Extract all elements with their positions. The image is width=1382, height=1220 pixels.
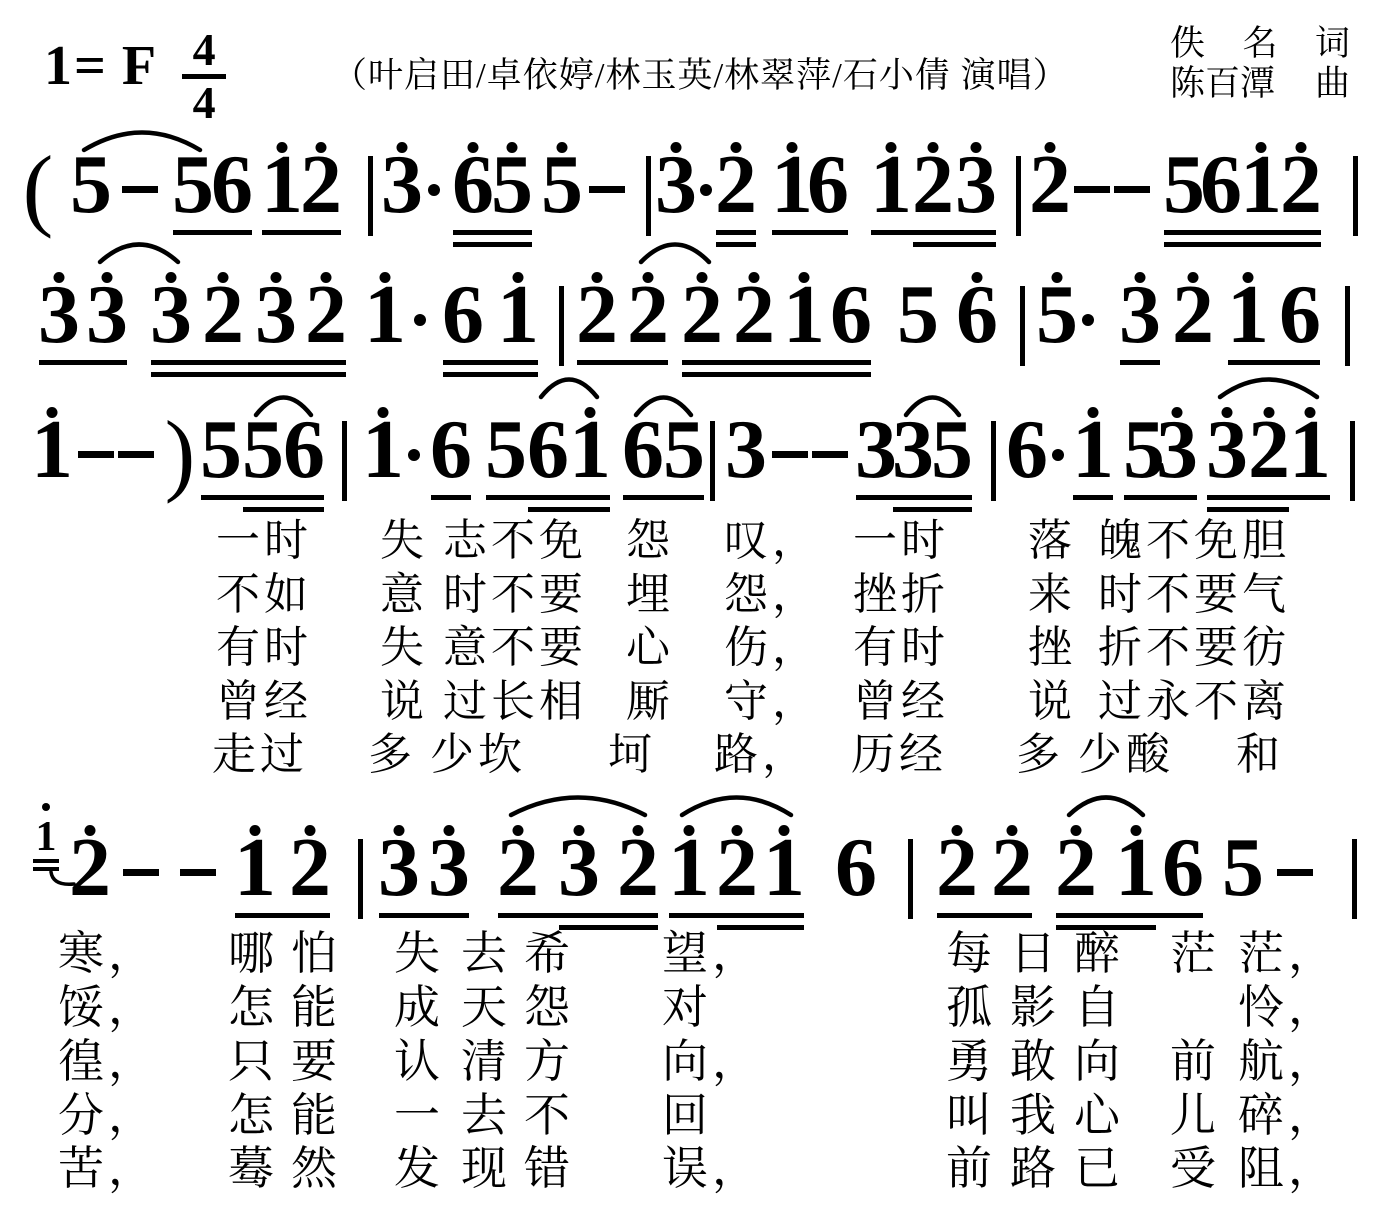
bar-line [1345, 286, 1350, 366]
augmentation-dot [414, 314, 426, 326]
note: 6 [1279, 273, 1321, 357]
note: 1 [261, 143, 303, 227]
octave-dot [592, 272, 603, 283]
bar-line [1016, 156, 1021, 236]
time-signature-numerator: 4 [193, 28, 216, 72]
credits: 佚名词陈百潭曲 [1170, 24, 1350, 104]
octave-dot [928, 142, 939, 153]
lyric-segment: 误， [662, 1143, 762, 1196]
note: 2 [936, 826, 978, 910]
note: 5 [242, 408, 284, 492]
music-line-2: 3332321612222165653216 [0, 0, 1382, 1220]
slur [903, 389, 962, 419]
sustain-dash [812, 451, 848, 458]
note: 2 [305, 273, 347, 357]
octave-dot [697, 272, 708, 283]
lyric-segment: 徨， [58, 1036, 158, 1089]
sustain-dash [122, 186, 158, 193]
bar-line [1020, 286, 1025, 366]
octave-dot [47, 407, 58, 418]
note: 2 [681, 273, 723, 357]
lyric-segment: 怕 [291, 928, 341, 981]
octave-dot [1172, 407, 1183, 418]
credits-row-1: 佚名词 [1170, 24, 1350, 64]
lyric-segment: 能 [291, 1090, 341, 1143]
beam [623, 495, 704, 500]
lyric-segment: 每 [946, 928, 996, 981]
lyric-segment: 自 [1074, 982, 1124, 1035]
octave-dot [1256, 142, 1267, 153]
beam [1124, 495, 1197, 500]
beam [871, 230, 996, 235]
time-signature: 4 4 [182, 28, 226, 125]
note: 2 [1029, 143, 1071, 227]
octave-dot [321, 272, 332, 283]
beam [1120, 360, 1160, 365]
lyric-segment: 坷 [608, 730, 656, 781]
lyrics-block-2: 寒，哪怕失去希望，每日醉茫茫，馁，怎能成天怨对孤影自怜，徨，只要认清方向，勇敢向… [0, 0, 1382, 1220]
lyric-segment: 折不要彷 [1098, 623, 1290, 674]
sustain-dash [78, 451, 114, 458]
beam [235, 913, 330, 918]
lyric-segment: 孤 [946, 982, 996, 1035]
octave-dot [102, 272, 113, 283]
lyric-segment: 只 [228, 1036, 278, 1089]
slur [1217, 371, 1320, 401]
lyric-segment: 一时 [853, 516, 949, 567]
lyric-segment: 认 [394, 1036, 444, 1089]
lyric-segment: 一 [394, 1090, 444, 1143]
beam [1164, 230, 1321, 235]
lyric-segment: 清 [461, 1036, 511, 1089]
lyric-segment: 有时 [216, 623, 312, 674]
lyric-segment: 魄不免胆 [1098, 516, 1290, 567]
beam [893, 507, 972, 512]
lyric-segment: 向 [1074, 1036, 1124, 1089]
beam [1164, 242, 1321, 247]
lyric-segment: 路 [1010, 1143, 1060, 1196]
lyric-segment: 一时 [216, 516, 312, 567]
octave-dot [787, 142, 798, 153]
octave-dot [378, 407, 389, 418]
beam [151, 372, 346, 377]
lyric-segment: 挫折 [853, 570, 949, 621]
music-line-1: (556123655321612325612 [0, 0, 1382, 1220]
sustain-dash [180, 869, 216, 876]
lyric-segment: 日 [1010, 928, 1060, 981]
lyric-segment: 发 [394, 1143, 444, 1196]
time-signature-denominator: 4 [193, 81, 216, 125]
lyric-segment: 叫 [946, 1090, 996, 1143]
key-label: 1= [44, 40, 108, 92]
lyric-segment: 我 [1010, 1090, 1060, 1143]
note: 6 [211, 143, 253, 227]
credits-text: 词 [1315, 24, 1350, 64]
slur [638, 236, 712, 266]
note: 5 [541, 143, 583, 227]
octave-dot [42, 803, 50, 811]
note: 5 [70, 143, 112, 227]
bar-line [1352, 839, 1357, 919]
octave-dot [971, 142, 982, 153]
note: 5 [931, 408, 973, 492]
sustain-dash [123, 869, 159, 876]
octave-dot [633, 825, 644, 836]
lyric-segment: 历经 [851, 730, 947, 781]
lyric-segment: 说 [1028, 677, 1076, 728]
beam [486, 495, 610, 500]
octave-dot [972, 272, 983, 283]
octave-dot [732, 825, 743, 836]
octave-dot [1045, 142, 1056, 153]
octave-dot [574, 825, 585, 836]
octave-dot [271, 272, 282, 283]
beam [772, 230, 848, 235]
octave-dot [54, 272, 65, 283]
beam [1228, 360, 1320, 365]
credits-row-2: 陈百潭曲 [1170, 64, 1350, 104]
lyric-segment: 错 [524, 1143, 574, 1196]
lyric-segment: 多 [368, 730, 416, 781]
octave-dot [1071, 825, 1082, 836]
lyric-segment: 埋 [626, 570, 674, 621]
augmentation-dot [1082, 314, 1094, 326]
octave-dot [394, 825, 405, 836]
lyric-segment: 来 [1028, 570, 1076, 621]
note: 3 [255, 273, 297, 357]
lyric-segment: 儿 [1170, 1090, 1220, 1143]
octave-dot [1243, 272, 1254, 283]
note: 1 [1240, 143, 1282, 227]
sustain-dash [118, 451, 154, 458]
note: 1 [771, 143, 813, 227]
beam [1207, 495, 1330, 500]
lyric-segment: 勇 [946, 1036, 996, 1089]
octave-dot [1131, 825, 1142, 836]
credits-text: 名 [1242, 24, 1277, 64]
note: 2 [627, 273, 669, 357]
beam [559, 925, 658, 930]
note: 3 [38, 273, 80, 357]
lyric-segment: 失 [394, 928, 444, 981]
lyric-segment: 不 [524, 1090, 574, 1143]
note: 5 [1036, 273, 1078, 357]
lyric-segment: 落 [1028, 516, 1076, 567]
lyric-segment: 少坎 [430, 730, 526, 781]
note: 6 [956, 273, 998, 357]
note: 1 [569, 408, 611, 492]
credits-text: 曲 [1315, 64, 1350, 104]
beam [577, 360, 668, 365]
grace-beam [33, 859, 59, 863]
credits-text: 佚 [1170, 24, 1205, 64]
octave-dot [513, 272, 524, 283]
note: 5 [491, 143, 533, 227]
lyric-segment: 失 [380, 623, 428, 674]
credits-text: 陈百潭 [1170, 64, 1275, 104]
beam [528, 507, 610, 512]
note: 2 [912, 143, 954, 227]
lyric-segment: 寒， [58, 928, 158, 981]
note: 2 [576, 273, 618, 357]
lyric-segment: 希 [524, 928, 574, 981]
beam [717, 925, 804, 930]
lyric-segment: 茫 [1170, 928, 1220, 981]
augmentation-dot [700, 184, 712, 196]
octave-dot [468, 142, 479, 153]
lyric-segment: 对 [662, 982, 712, 1035]
lyric-segment: 有时 [853, 623, 949, 674]
lyric-segment: 叹， [724, 516, 820, 567]
slur [81, 124, 203, 154]
lyric-segment: 怜， [1238, 982, 1338, 1035]
note: 3 [1119, 273, 1161, 357]
lyric-segment: 茫， [1238, 928, 1338, 981]
note: 5 [1163, 143, 1205, 227]
close-paren: ) [165, 407, 196, 499]
beam [201, 495, 324, 500]
note: 2 [1248, 408, 1290, 492]
bar-line [908, 839, 913, 919]
octave-dot [1052, 272, 1063, 283]
beam [262, 230, 341, 235]
open-paren: ( [23, 142, 54, 234]
beam [682, 372, 871, 377]
beam [937, 913, 1032, 918]
note: 1 [497, 273, 539, 357]
beam [243, 507, 324, 512]
octave-dot [643, 272, 654, 283]
octave-dot [1007, 825, 1018, 836]
slur [253, 389, 314, 419]
beam [1073, 495, 1113, 500]
beam [151, 360, 346, 365]
note: 3 [855, 408, 897, 492]
note: 6 [830, 273, 872, 357]
octave-dot [1296, 142, 1307, 153]
bar-line [710, 421, 715, 501]
note: 3 [558, 826, 600, 910]
music-line-4: 1212332321216222165 [0, 0, 1382, 1220]
note: 5 [1123, 408, 1165, 492]
bar-line [358, 839, 363, 919]
beam [716, 242, 756, 247]
slur [1066, 789, 1146, 819]
sheet-music-page: 1= F 4 4 （叶启田/卓依婷/林玉英/林翠萍/石小倩 演唱） 佚名词陈百潭… [0, 0, 1382, 1220]
lyric-segment: 航， [1238, 1036, 1338, 1089]
score-body: (556123655321612325612333232161222216565… [0, 0, 1382, 1220]
lyric-segment: 哪 [228, 928, 278, 981]
lyric-segment: 前 [946, 1143, 996, 1196]
beam [498, 913, 658, 918]
note: 2 [617, 826, 659, 910]
octave-dot [779, 825, 790, 836]
slur [97, 236, 181, 266]
note: 2 [1055, 826, 1097, 910]
note: 6 [452, 143, 494, 227]
note: 1 [1115, 826, 1157, 910]
beam [453, 230, 532, 235]
lyric-segment: 受 [1170, 1143, 1220, 1196]
octave-dot [1188, 272, 1199, 283]
note: 6 [1162, 826, 1204, 910]
slur [538, 371, 600, 401]
note: 3 [892, 408, 934, 492]
note: 6 [527, 408, 569, 492]
beam [856, 495, 972, 500]
note: 1 [234, 826, 276, 910]
octave-dot [513, 825, 524, 836]
beam [1056, 925, 1156, 930]
sustain-dash [1277, 869, 1313, 876]
note: 1 [668, 826, 710, 910]
note: 2 [716, 826, 758, 910]
note: 1 [783, 273, 825, 357]
key-signature: 1= F 4 4 [44, 40, 226, 125]
lyric-segment: 少酸 [1078, 730, 1174, 781]
note: 5 [1222, 826, 1264, 910]
music-line-3: 1)556165616533356153321 [0, 0, 1382, 1220]
lyric-segment: 曾经 [853, 677, 949, 728]
lyric-segment: 阻， [1238, 1143, 1338, 1196]
lyric-segment: 走过 [212, 730, 308, 781]
lyrics-block-1: 一时失志不免怨叹，一时落魄不免胆不如意时不要埋怨，挫折来时不要气有时失意不要心伤… [0, 0, 1382, 1220]
octave-dot [799, 272, 810, 283]
note: 3 [725, 408, 767, 492]
sustain-dash [772, 451, 808, 458]
note: 6 [835, 826, 877, 910]
beam [443, 360, 538, 365]
lyric-segment: 影 [1010, 982, 1060, 1035]
beam [1207, 507, 1289, 512]
octave-dot [316, 142, 327, 153]
note: 6 [1006, 408, 1048, 492]
note: 2 [300, 143, 342, 227]
octave-dot [1088, 407, 1099, 418]
lyric-segment: 过长相 [443, 677, 587, 728]
note: 6 [1200, 143, 1242, 227]
note: 5 [897, 273, 939, 357]
octave-dot [250, 825, 261, 836]
note: 5 [663, 408, 705, 492]
bar-line [559, 286, 564, 366]
lyric-segment: 意 [380, 570, 428, 621]
note: 2 [715, 143, 757, 227]
octave-dot [380, 272, 391, 283]
octave-dot [166, 272, 177, 283]
note: 1 [1072, 408, 1114, 492]
note: 2 [733, 273, 775, 357]
octave-dot [749, 272, 760, 283]
lyric-segment: 时不要气 [1098, 570, 1290, 621]
note: 1 [763, 826, 805, 910]
lyric-segment: 苦， [58, 1143, 158, 1196]
note: 3 [655, 143, 697, 227]
note: 5 [485, 408, 527, 492]
octave-dot [277, 142, 288, 153]
octave-dot [1264, 407, 1275, 418]
sustain-dash [1074, 186, 1110, 193]
lyric-segment: 曾经 [216, 677, 312, 728]
lyric-segment: 馁， [58, 982, 158, 1035]
key-note: F [122, 40, 156, 92]
grace-beam [33, 867, 59, 871]
note: 3 [1156, 408, 1198, 492]
beam [443, 372, 538, 377]
beam [716, 230, 756, 235]
lyric-segment: 分， [58, 1090, 158, 1143]
note: 1 [362, 408, 404, 492]
note: 3 [428, 826, 470, 910]
performers-line: （叶启田/卓依婷/林玉英/林翠萍/石小倩 演唱） [332, 48, 1069, 98]
beam [173, 230, 252, 235]
note: 1 [1227, 273, 1269, 357]
lyric-segment: 志不免 [443, 516, 587, 567]
note: 3 [381, 143, 423, 227]
note: 5 [172, 143, 214, 227]
lyric-segment: 去 [461, 1090, 511, 1143]
octave-dot [1222, 407, 1233, 418]
note: 2 [991, 826, 1033, 910]
note: 3 [955, 143, 997, 227]
lyric-segment: 去 [461, 928, 511, 981]
note: 6 [442, 273, 484, 357]
note: 2 [69, 826, 111, 910]
octave-dot [886, 142, 897, 153]
note: 3 [86, 273, 128, 357]
beam [1056, 913, 1203, 918]
note: 3 [378, 826, 420, 910]
note: 1 [1289, 408, 1331, 492]
lyric-segment: 心 [626, 623, 674, 674]
grace-tie [48, 871, 76, 891]
note: 1 [31, 408, 73, 492]
lyric-segment: 怨 [524, 982, 574, 1035]
note: 6 [807, 143, 849, 227]
lyric-segment: 说 [380, 677, 428, 728]
octave-dot [218, 272, 229, 283]
octave-dot [85, 825, 96, 836]
bar-line [342, 421, 347, 501]
lyric-segment: 挫 [1028, 623, 1076, 674]
lyric-segment: 意不要 [443, 623, 587, 674]
lyric-segment: 怨 [626, 516, 674, 567]
note: 2 [1172, 273, 1214, 357]
lyric-segment: 要 [291, 1036, 341, 1089]
lyric-segment: 失 [380, 516, 428, 567]
beam [669, 913, 804, 918]
lyric-segment: 醉 [1074, 928, 1124, 981]
lyric-segment: 多 [1016, 730, 1064, 781]
lyric-segment: 能 [291, 982, 341, 1035]
lyric-segment: 厮 [626, 677, 674, 728]
lyric-segment: 怨， [724, 570, 820, 621]
octave-dot [1305, 407, 1316, 418]
octave-dot [671, 142, 682, 153]
slur [508, 789, 648, 819]
beam [453, 242, 532, 247]
note: 5 [200, 408, 242, 492]
lyric-segment: 怎 [228, 1090, 278, 1143]
lyric-segment: 方 [524, 1036, 574, 1089]
lyric-segment: 怎 [228, 982, 278, 1035]
octave-dot [731, 142, 742, 153]
grace-note: 1 [36, 816, 57, 858]
lyric-segment: 望， [662, 928, 762, 981]
beam [379, 913, 469, 918]
beam [682, 360, 871, 365]
note: 6 [430, 408, 472, 492]
